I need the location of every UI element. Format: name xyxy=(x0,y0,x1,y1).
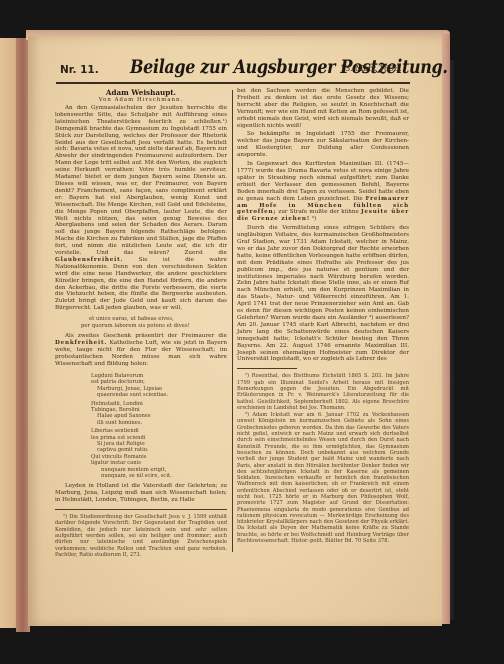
paragraph: So bekämpfte in Ingolstadt 1755 der Frei… xyxy=(237,131,409,159)
paragraph: Als zweites Geschenk präsentirt der Frei… xyxy=(55,333,227,368)
paragraph-text: Als zweites Geschenk präsentirt der Frei… xyxy=(65,333,227,339)
footnote-ref: ²) xyxy=(312,216,316,222)
paragraph-text: Sie ist die wahre Nationalökonomie. Denn… xyxy=(55,257,227,311)
scan-background: Nr. 11. Beilage zur Augsburger Postzeitu… xyxy=(0,0,504,664)
paragraph: Durch die Vermittelung eines eifrigen Sc… xyxy=(237,225,409,363)
paragraph-text: An den Gymnasialschulen der Jesuiten her… xyxy=(55,105,227,256)
poem-line: illi sunt homines. xyxy=(91,420,227,426)
footnote-rule xyxy=(237,368,297,369)
verse-line: per quorum laborem sis potens et dives! xyxy=(81,323,227,330)
article-author: Von Adam Hirschmann. xyxy=(55,97,227,104)
footnote-rule xyxy=(55,509,227,510)
verse-line: et unico earas, ut habeas eives, xyxy=(81,316,227,323)
poem-line: nunquam, se nil scire, scit. xyxy=(91,473,227,479)
footnote-1: ¹) Die Studienordnung der Gesellschaft J… xyxy=(55,514,227,558)
footnote-3: ³) Adam Ickstatt war am 6. Januar 1702 z… xyxy=(237,412,409,544)
paragraph: Leyden in Holland ist die Vaterstadt der… xyxy=(55,483,227,504)
article-title: Adam Weishaupt. xyxy=(55,88,227,97)
paragraph: bei den Sachsen werden die Menschen gebi… xyxy=(237,88,409,129)
paragraph: In Gegenwart des Kurfürsten Maximilian I… xyxy=(237,161,409,223)
right-column: bei den Sachsen werden die Menschen gebi… xyxy=(237,88,409,544)
column-divider xyxy=(232,90,233,552)
masthead: Nr. 11. Beilage zur Augsburger Postzeitu… xyxy=(56,56,410,82)
masthead-rule xyxy=(56,82,410,84)
publication-title: Beilage zur Augsburger Postzeitung. xyxy=(130,56,315,78)
latin-verse: et unico earas, ut habeas eives, per quo… xyxy=(81,316,227,329)
emphasized-text: Denkfreiheit. xyxy=(55,340,107,346)
latin-poem: Lugduni Batavorum est patria doctorum; M… xyxy=(91,373,227,480)
issue-number: Nr. 11. xyxy=(60,64,99,76)
emphasized-text: Glaubensfreiheit. xyxy=(55,257,123,263)
left-column: Adam Weishaupt. Von Adam Hirschmann. An … xyxy=(55,88,227,558)
paragraph-text: zur Strafe mußte der kühne xyxy=(278,209,358,215)
poem-line: quaerendae sunt scientiae. xyxy=(91,392,227,398)
footnote-2: ²) Rosenthal, des Bistthums Eichstätt 18… xyxy=(237,373,409,411)
issue-date: 13. März 1896. xyxy=(340,64,402,73)
paragraph: An den Gymnasialschulen der Jesuiten her… xyxy=(55,105,227,312)
